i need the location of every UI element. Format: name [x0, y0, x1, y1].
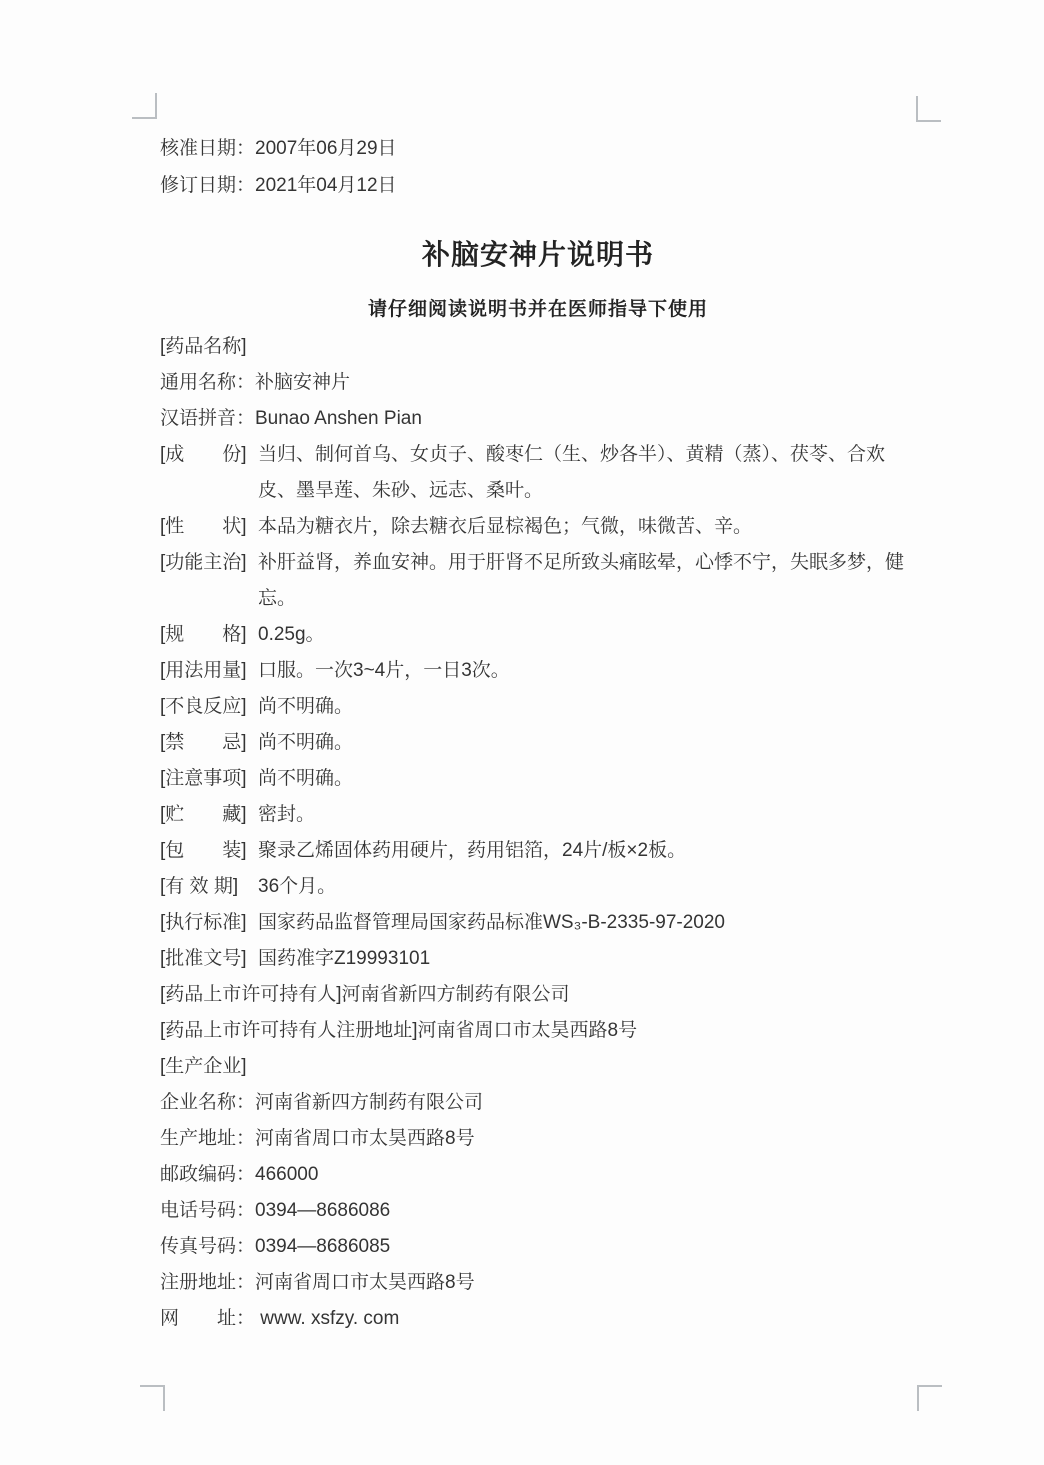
field-precautions: [注意事项]尚不明确。	[160, 761, 916, 797]
field-fax-number: 传真号码：0394—8686085	[160, 1229, 916, 1265]
field-postal-code: 邮政编码：466000	[160, 1157, 916, 1193]
field-drug-name-header: [药品名称]	[160, 329, 916, 365]
field-strength-label: [规 格]	[160, 617, 258, 653]
field-contraindications-label: [禁 忌]	[160, 725, 258, 761]
field-shelf-life-label: [有 效 期]	[160, 869, 258, 905]
document-title: 补脑安神片说明书	[160, 235, 916, 275]
approval-date-line: 核准日期：2007年06月29日	[160, 130, 916, 167]
field-storage-value: 密封。	[258, 804, 315, 825]
document-content: 核准日期：2007年06月29日 修订日期：2021年04月12日 补脑安神片说…	[160, 130, 916, 1337]
field-packaging-value: 聚录乙烯固体药用硬片，药用铝箔，24片/板×2板。	[258, 840, 686, 861]
field-packaging: [包 装]聚录乙烯固体药用硬片，药用铝箔，24片/板×2板。	[160, 833, 916, 869]
field-description: [性 状]本品为糖衣片，除去糖衣后显棕褐色；气微，味微苦、辛。	[160, 509, 916, 545]
text-boundary-mark-top-right	[916, 96, 941, 122]
field-manufacturer-header: [生产企业]	[160, 1049, 916, 1085]
field-dosage-label: [用法用量]	[160, 653, 258, 689]
field-storage: [贮 藏]密封。	[160, 797, 916, 833]
leaflet-page: 核准日期：2007年06月29日 修订日期：2021年04月12日 补脑安神片说…	[0, 0, 1044, 1465]
field-standard-label: [执行标准]	[160, 905, 258, 941]
field-contraindications: [禁 忌]尚不明确。	[160, 725, 916, 761]
field-storage-label: [贮 藏]	[160, 797, 258, 833]
field-adverse-reactions-value: 尚不明确。	[258, 696, 353, 717]
field-license-holder: [药品上市许可持有人]河南省新四方制药有限公司	[160, 977, 916, 1013]
field-approval-number-value: 国药准字Z19993101	[258, 948, 430, 969]
field-strength: [规 格]0.25g。	[160, 617, 916, 653]
field-indications-value: 补肝益肾，养血安神。用于肝肾不足所致头痛眩晕，心悸不宁，失眠多梦，健忘。	[258, 552, 904, 609]
field-indications: [功能主治]补肝益肾，养血安神。用于肝肾不足所致头痛眩晕，心悸不宁，失眠多梦，健…	[160, 545, 916, 617]
field-license-holder-address: [药品上市许可持有人注册地址]河南省周口市太昊西路8号	[160, 1013, 916, 1049]
text-boundary-mark-bottom-right	[917, 1385, 942, 1411]
field-adverse-reactions-label: [不良反应]	[160, 689, 258, 725]
field-adverse-reactions: [不良反应]尚不明确。	[160, 689, 916, 725]
field-precautions-value: 尚不明确。	[258, 768, 353, 789]
field-strength-value: 0.25g。	[258, 624, 325, 645]
field-approval-number: [批准文号]国药准字Z19993101	[160, 941, 916, 977]
field-indications-label: [功能主治]	[160, 545, 258, 581]
text-boundary-mark-bottom-left	[140, 1385, 165, 1411]
field-registered-address: 注册地址：河南省周口市太昊西路8号	[160, 1265, 916, 1301]
field-dosage: [用法用量]口服。一次3~4片，一日3次。	[160, 653, 916, 689]
field-description-value: 本品为糖衣片，除去糖衣后显棕褐色；气微，味微苦、辛。	[258, 516, 752, 537]
field-standard-value: 国家药品监督管理局国家药品标准WS₃-B-2335-97-2020	[258, 912, 725, 933]
field-approval-number-label: [批准文号]	[160, 941, 258, 977]
field-ingredients: [成 份]当归、制何首乌、女贞子、酸枣仁（生、炒各半）、黄精（蒸）、茯苓、合欢皮…	[160, 437, 916, 509]
leaflet-fields: [药品名称] 通用名称：补脑安神片 汉语拼音：Bunao Anshen Pian…	[160, 329, 916, 1337]
field-contraindications-value: 尚不明确。	[258, 732, 353, 753]
field-shelf-life: [有 效 期]36个月。	[160, 869, 916, 905]
field-shelf-life-value: 36个月。	[258, 876, 336, 897]
field-generic-name: 通用名称：补脑安神片	[160, 365, 916, 401]
field-ingredients-label: [成 份]	[160, 437, 258, 473]
field-pinyin-name: 汉语拼音：Bunao Anshen Pian	[160, 401, 916, 437]
field-production-address: 生产地址：河南省周口市太昊西路8号	[160, 1121, 916, 1157]
field-dosage-value: 口服。一次3~4片，一日3次。	[258, 660, 510, 681]
revision-date-line: 修订日期：2021年04月12日	[160, 167, 916, 204]
field-precautions-label: [注意事项]	[160, 761, 258, 797]
field-company-name: 企业名称：河南省新四方制药有限公司	[160, 1085, 916, 1121]
field-phone-number: 电话号码：0394—8686086	[160, 1193, 916, 1229]
field-packaging-label: [包 装]	[160, 833, 258, 869]
field-website: 网 址： www. xsfzy. com	[160, 1301, 916, 1337]
field-ingredients-value: 当归、制何首乌、女贞子、酸枣仁（生、炒各半）、黄精（蒸）、茯苓、合欢皮、墨旱莲、…	[258, 444, 885, 501]
field-standard: [执行标准]国家药品监督管理局国家药品标准WS₃-B-2335-97-2020	[160, 905, 916, 941]
text-boundary-mark-top-left	[132, 93, 157, 119]
field-description-label: [性 状]	[160, 509, 258, 545]
usage-notice: 请仔细阅读说明书并在医师指导下使用	[160, 295, 916, 325]
